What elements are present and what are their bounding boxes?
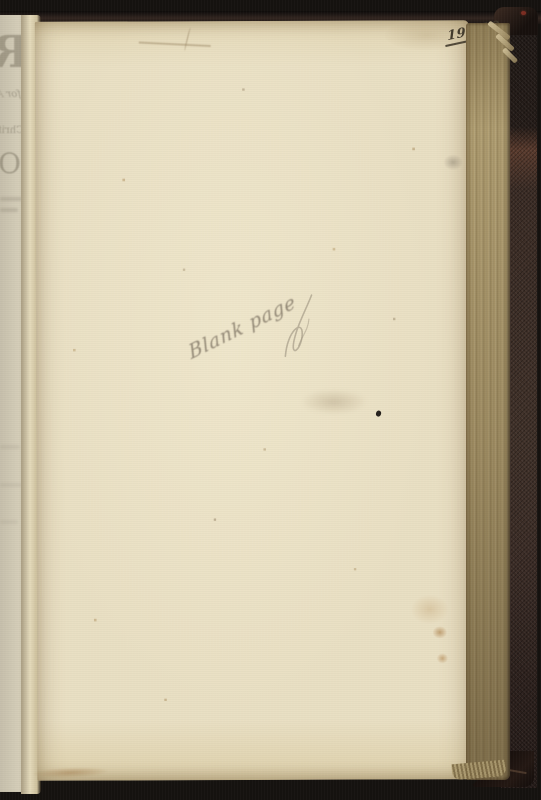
paper-scratch	[184, 27, 192, 51]
stain	[300, 389, 368, 415]
book-photograph: R for A Chrift I O Blank page 192.f.9	[0, 0, 541, 800]
pencil-flourish	[258, 285, 340, 375]
paper-specks	[35, 22, 36, 23]
fore-edge-page-stack	[466, 23, 510, 780]
foxing-spot	[411, 594, 449, 624]
foxing-spot	[437, 653, 448, 663]
showthrough-blur-line	[0, 445, 20, 449]
red-corner-speck	[521, 11, 526, 15]
showthrough-line: for A	[0, 89, 21, 100]
showthrough-blur-line	[0, 520, 18, 524]
showthrough-blur-line	[0, 208, 18, 212]
foxing-spot	[433, 626, 447, 638]
showthrough-blur-line	[0, 197, 22, 201]
showthrough-blur-line	[0, 483, 22, 487]
paper-crease	[139, 42, 211, 48]
ink-speck	[375, 410, 382, 417]
blank-book-page: Blank page 192.f.9	[35, 20, 472, 781]
stain	[443, 154, 463, 170]
stain	[33, 766, 107, 779]
